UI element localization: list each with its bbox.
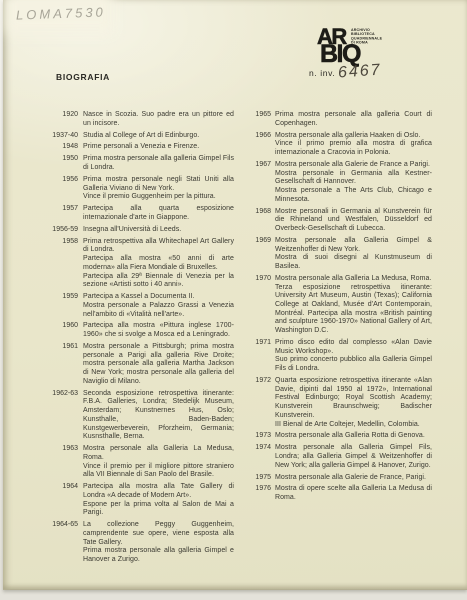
entry-year: 1968 bbox=[244, 208, 271, 234]
entry-year: 1973 bbox=[244, 432, 271, 441]
page-title: BIOGRAFIA bbox=[56, 72, 110, 82]
entry-text: Insegna all'Università di Leeds. bbox=[83, 226, 234, 235]
entry-paragraph: Insegna all'Università di Leeds. bbox=[83, 226, 234, 235]
entry-paragraph: Prima mostra personale alla galleria Cou… bbox=[275, 111, 432, 128]
entry-year: 1962-63 bbox=[46, 390, 78, 442]
entry-text: Partecipa alla quarta esposizione intern… bbox=[83, 205, 234, 222]
entry-year: 1920 bbox=[46, 111, 78, 128]
entry-text: La collezione Peggy Guggenheim, camprend… bbox=[83, 521, 234, 565]
entry-paragraph: Mostra di opere scelte alla Galleria La … bbox=[275, 485, 432, 502]
biography-entry: 1970 Mostra personale alla Galleria La M… bbox=[244, 275, 432, 336]
entry-text: Prima retrospettiva alla Whitechapel Art… bbox=[83, 238, 234, 290]
entry-paragraph: Prima retrospettiva alla Whitechapel Art… bbox=[83, 238, 234, 255]
biography-entry: 1973 Mostra personale alla Galleria Rott… bbox=[244, 432, 432, 441]
entry-paragraph: Seconda esposizione retrospettiva itiner… bbox=[83, 390, 234, 442]
biography-entry: 1957 Partecipa alla quarta esposizione i… bbox=[46, 205, 234, 222]
entry-text: Prima mostra personale negli Stati Uniti… bbox=[83, 176, 234, 202]
entry-paragraph: Mostra personale alla Galerie de France … bbox=[275, 161, 432, 170]
biography-entry: 1969 Mostra personale alla Galleria Gimp… bbox=[244, 237, 432, 272]
entry-text: Mostra personale a Pittsburgh; prima mos… bbox=[83, 343, 234, 387]
biography-entry: 1950 Prima mostra personale alla galleri… bbox=[46, 155, 234, 172]
entry-text: Mostra personale alla Galleria Gimpel Fi… bbox=[275, 444, 432, 470]
entry-text: Mostra personale alla galleria Haaken di… bbox=[275, 132, 432, 158]
entry-paragraph: Prima mostra personale alla galleria Gim… bbox=[83, 155, 234, 172]
entry-text: Partecipa alla mostra alla Tate Gallery … bbox=[83, 483, 234, 518]
biography-entry: 1920 Nasce in Scozia. Suo padre era un p… bbox=[46, 111, 234, 128]
entry-paragraph: Espone per la prima volta al Salon de Ma… bbox=[83, 501, 234, 518]
entry-text: Partecipa alla mostra «Pittura inglese 1… bbox=[83, 322, 234, 339]
entry-paragraph: Mostra personale a Palazzo Grassi a Vene… bbox=[83, 302, 234, 319]
biography-entry: 1964-65 La collezione Peggy Guggenheim, … bbox=[46, 521, 234, 565]
biography-entry: 1975 Mostra personale alla Galerie de Fr… bbox=[244, 474, 432, 483]
biography-entry: 1974 Mostra personale alla Galleria Gimp… bbox=[244, 444, 432, 470]
entry-paragraph: Primo disco edito dal complesso «Alan Da… bbox=[275, 339, 432, 356]
entry-paragraph: Prima mostra personale negli Stati Uniti… bbox=[83, 176, 234, 193]
biography-entry: 1956-59 Insegna all'Università di Leeds. bbox=[46, 226, 234, 235]
biography-entry: 1956 Prima mostra personale negli Stati … bbox=[46, 176, 234, 202]
entry-year: 1965 bbox=[244, 111, 271, 128]
entry-paragraph: Terza esposizione retrospettiva itineran… bbox=[275, 284, 432, 336]
entry-paragraph: Partecipa alla 29ª Biennale di Venezia p… bbox=[83, 273, 234, 290]
biography-entry: 1963 Mostra personale alla Galleria La M… bbox=[46, 445, 234, 480]
entry-text: Mostra personale alla Galleria La Medusa… bbox=[275, 275, 432, 336]
entry-paragraph: III Bienal de Arte Coltejer, Medellin, C… bbox=[275, 421, 432, 430]
entry-paragraph: Vince il primo premio alla mostra di gra… bbox=[275, 140, 432, 157]
biography-entry: 1960 Partecipa alla mostra «Pittura ingl… bbox=[46, 322, 234, 339]
entry-year: 1970 bbox=[244, 275, 271, 336]
entry-text: Studia al College of Art di Edinburgo. bbox=[83, 132, 234, 141]
entry-text: Primo disco edito dal complesso «Alan Da… bbox=[275, 339, 432, 374]
entry-year: 1963 bbox=[46, 445, 78, 480]
entry-text: Partecipa a Kassel a Documenta II. Mostr… bbox=[83, 293, 234, 319]
biography-entry: 1965 Prima mostra personale alla galleri… bbox=[244, 111, 432, 128]
entry-paragraph: Mostra personale alla Galerie de France,… bbox=[275, 474, 432, 483]
entry-paragraph: Mostra personale alla Galleria Gimpel & … bbox=[275, 237, 432, 254]
entry-paragraph: Mostra personale alla Galleria La Medusa… bbox=[83, 445, 234, 462]
scanned-page: LOMA7530 AR BIQ ARCHIVIO BIBLIOTECA QUAD… bbox=[0, 0, 467, 600]
biography-entry: 1962-63 Seconda esposizione retrospettiv… bbox=[46, 390, 234, 442]
entry-text: Prime personali a Venezia e Firenze. bbox=[83, 143, 234, 152]
entry-text: Prima mostra personale alla galleria Gim… bbox=[83, 155, 234, 172]
entry-text: Mostra personale alla Galleria Rotta di … bbox=[275, 432, 432, 441]
entry-year: 1959 bbox=[46, 293, 78, 319]
biography-entry: 1937-40 Studia al College of Art di Edin… bbox=[46, 132, 234, 141]
entry-paragraph: Vince il premio per il migliore pittore … bbox=[83, 463, 234, 480]
biography-entry: 1971 Primo disco edito dal complesso «Al… bbox=[244, 339, 432, 374]
inventory-number-handwritten: 6467 bbox=[338, 62, 383, 81]
entry-year: 1964 bbox=[46, 483, 78, 518]
entry-paragraph: Suo primo concerto pubblico alla Galleri… bbox=[275, 356, 432, 373]
entry-year: 1950 bbox=[46, 155, 78, 172]
entry-paragraph: Mostra personale a The Arts Club, Chicag… bbox=[275, 187, 432, 204]
logo-org-name: ARCHIVIO BIBLIOTECA QUADRIENNALE DI ROMA bbox=[351, 28, 382, 44]
entry-paragraph: Vince il premio Guggenheim per la pittur… bbox=[83, 193, 234, 202]
entry-paragraph: Mostra di suoi disegni al Kunstmuseum di… bbox=[275, 254, 432, 271]
entry-year: 1976 bbox=[244, 485, 271, 502]
entry-year: 1956-59 bbox=[46, 226, 78, 235]
inventory-line: n. inv. 6467 bbox=[309, 64, 382, 80]
entry-paragraph: Mostra personale alla Galleria Rotta di … bbox=[275, 432, 432, 441]
entry-year: 1972 bbox=[244, 377, 271, 429]
entry-paragraph: Studia al College of Art di Edinburgo. bbox=[83, 132, 234, 141]
inventory-label: n. inv. bbox=[309, 68, 335, 78]
arbiq-logo: AR BIQ ARCHIVIO BIBLIOTECA QUADRIENNALE … bbox=[3, 0, 467, 100]
paper-sheet: LOMA7530 AR BIQ ARCHIVIO BIBLIOTECA QUAD… bbox=[3, 0, 467, 590]
entry-year: 1960 bbox=[46, 322, 78, 339]
entry-text: Nasce in Scozia. Suo padre era un pittor… bbox=[83, 111, 234, 128]
biography-entry: 1961 Mostra personale a Pittsburgh; prim… bbox=[46, 343, 234, 387]
entry-text: Mostra personale alla Galleria La Medusa… bbox=[83, 445, 234, 480]
biography-entry: 1964 Partecipa alla mostra alla Tate Gal… bbox=[46, 483, 234, 518]
entry-text: Mostra personale alla Galerie de France,… bbox=[275, 474, 432, 483]
biography-entry: 1976 Mostra di opere scelte alla Galleri… bbox=[244, 485, 432, 502]
entry-year: 1937-40 bbox=[46, 132, 78, 141]
entry-paragraph: La collezione Peggy Guggenheim, camprend… bbox=[83, 521, 234, 547]
biography-entry: 1972 Quarta esposizione retrospettiva it… bbox=[244, 377, 432, 429]
biography-column-left: 1920 Nasce in Scozia. Suo padre era un p… bbox=[46, 111, 234, 568]
entry-year: 1974 bbox=[244, 444, 271, 470]
entry-paragraph: Partecipa a Kassel a Documenta II. bbox=[83, 293, 234, 302]
entry-year: 1967 bbox=[244, 161, 271, 205]
biography-column-right: 1965 Prima mostra personale alla galleri… bbox=[244, 111, 432, 568]
entry-year: 1969 bbox=[244, 237, 271, 272]
biography-entry: 1948 Prime personali a Venezia e Firenze… bbox=[46, 143, 234, 152]
entry-paragraph: Partecipa alla mostra «Pittura inglese 1… bbox=[83, 322, 234, 339]
entry-paragraph: Partecipa alla mostra alla Tate Gallery … bbox=[83, 483, 234, 500]
entry-paragraph: Mostra personale a Pittsburgh; prima mos… bbox=[83, 343, 234, 387]
entry-paragraph: Nasce in Scozia. Suo padre era un pittor… bbox=[83, 111, 234, 128]
entry-year: 1961 bbox=[46, 343, 78, 387]
entry-text: Mostra personale alla Galerie de France … bbox=[275, 161, 432, 205]
entry-text: Prima mostra personale alla galleria Cou… bbox=[275, 111, 432, 128]
logo-org-line: DI ROMA bbox=[351, 40, 382, 44]
biography-columns: 1920 Nasce in Scozia. Suo padre era un p… bbox=[46, 111, 432, 568]
biography-entry: 1967 Mostra personale alla Galerie de Fr… bbox=[244, 161, 432, 205]
entry-text: Seconda esposizione retrospettiva itiner… bbox=[83, 390, 234, 442]
entry-paragraph: Prima mostra personale alla galleria Gim… bbox=[83, 547, 234, 564]
entry-year: 1975 bbox=[244, 474, 271, 483]
entry-text: Mostre personali in Germania al Kunstver… bbox=[275, 208, 432, 234]
entry-year: 1948 bbox=[46, 143, 78, 152]
entry-text: Mostra di opere scelte alla Galleria La … bbox=[275, 485, 432, 502]
entry-year: 1966 bbox=[244, 132, 271, 158]
biography-entry: 1959 Partecipa a Kassel a Documenta II. … bbox=[46, 293, 234, 319]
entry-paragraph: Mostre personali in Germania al Kunstver… bbox=[275, 208, 432, 234]
entry-paragraph: Quarta esposizione retrospettiva itinera… bbox=[275, 377, 432, 421]
entry-year: 1956 bbox=[46, 176, 78, 202]
entry-year: 1971 bbox=[244, 339, 271, 374]
biography-entry: 1966 Mostra personale alla galleria Haak… bbox=[244, 132, 432, 158]
entry-paragraph: Partecipa alla quarta esposizione intern… bbox=[83, 205, 234, 222]
entry-paragraph: Mostra personale alla galleria Haaken di… bbox=[275, 132, 432, 141]
biography-entry: 1958 Prima retrospettiva alla Whitechape… bbox=[46, 238, 234, 290]
entry-year: 1957 bbox=[46, 205, 78, 222]
entry-paragraph: Mostra personale alla Galleria Gimpel Fi… bbox=[275, 444, 432, 470]
entry-paragraph: Mostra personale in Germania alla Kestne… bbox=[275, 170, 432, 187]
biography-entry: 1968 Mostre personali in Germania al Kun… bbox=[244, 208, 432, 234]
entry-text: Quarta esposizione retrospettiva itinera… bbox=[275, 377, 432, 429]
entry-paragraph: Mostra personale alla Galleria La Medusa… bbox=[275, 275, 432, 284]
entry-paragraph: Prime personali a Venezia e Firenze. bbox=[83, 143, 234, 152]
entry-text: Mostra personale alla Galleria Gimpel & … bbox=[275, 237, 432, 272]
entry-year: 1958 bbox=[46, 238, 78, 290]
entry-year: 1964-65 bbox=[46, 521, 78, 565]
entry-paragraph: Partecipa alla mostra «50 anni di arte m… bbox=[83, 255, 234, 272]
